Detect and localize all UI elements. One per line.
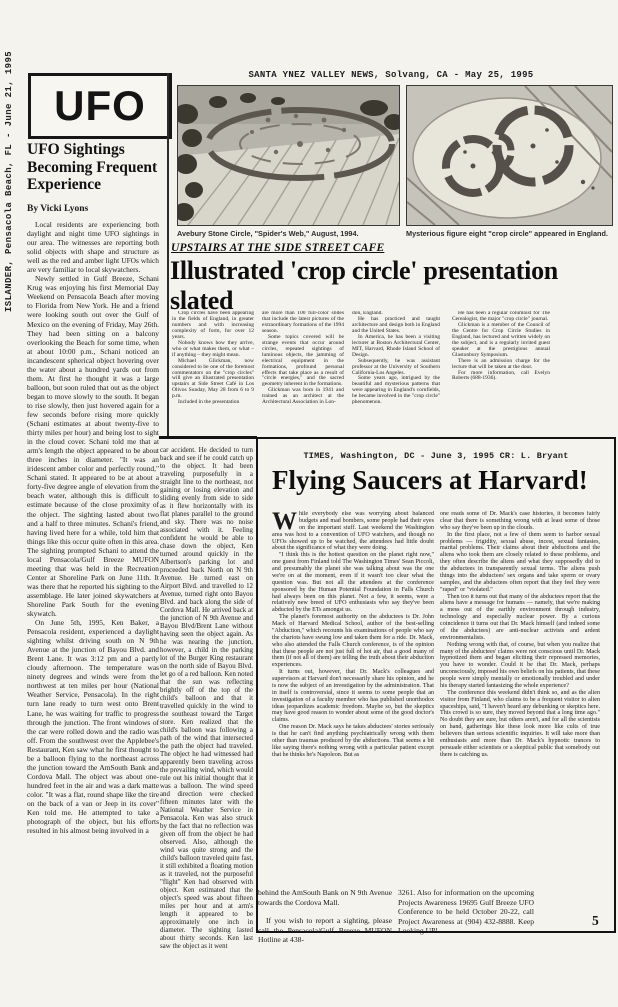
paragraph: Included in the presentation: [172, 400, 254, 406]
ufo-logo-text: UFO: [54, 82, 146, 130]
ufo-article-headline: UFO Sightings Becoming Frequent Experien…: [27, 141, 167, 194]
paragraph: Crop circles have been appearing in the …: [172, 311, 254, 341]
paragraph: Nobody knows how they arrive, who or wha…: [172, 341, 254, 359]
ufo-article-byline: By Vicki Lyons: [27, 204, 157, 214]
paragraph: One reason Dr. Mack says he takes abduct…: [272, 724, 434, 758]
section-rule: [159, 436, 257, 439]
crop-article-headline: Illustrated 'crop circle' presentation s…: [170, 256, 616, 316]
paragraph: Local residents are experiencing both da…: [27, 220, 159, 274]
newspaper-page: ISLANDER, Pensacola Beach, FL - June 21,…: [0, 0, 618, 1007]
crop-article-kicker: UPSTAIRS AT THE SIDE STREET CAFE: [171, 242, 384, 254]
page-number: 5: [592, 913, 599, 929]
crop-article-col3: don, England.He has practiced and taught…: [352, 311, 440, 439]
column-divider-rule: [167, 73, 169, 437]
harvard-article-box: TIMES, Washington, DC - June 3, 1995 CR:…: [256, 437, 616, 933]
paragraph: "I think this is the hottest question on…: [272, 552, 434, 614]
ufo-article-col1: Local residents are experiencing both da…: [27, 220, 159, 962]
paragraph: one reads some of Dr. Mack's case histor…: [440, 511, 600, 532]
ufo-logo-box: UFO: [28, 73, 172, 139]
paragraph: If you wish to report a sighting, please…: [258, 916, 392, 945]
harvard-article-source: TIMES, Washington, DC - June 3, 1995 CR:…: [258, 451, 614, 461]
paragraph: On June 5th, 1995, Ken Baker, a Pensacol…: [27, 618, 159, 835]
harvard-article-headline: Flying Saucers at Harvard!: [272, 465, 602, 496]
paragraph: Nothing wrong with that, of course, but …: [440, 642, 600, 690]
paragraph: Then too it turns out that many of the a…: [440, 594, 600, 642]
paragraph: Glickman was born in 1941 and trained as…: [262, 388, 344, 406]
paragraph: While everybody else was worrying about …: [272, 511, 434, 552]
avebury-photo-art: [178, 86, 399, 225]
paragraph: There is an admission charge for the lec…: [452, 359, 550, 371]
figure-eight-photo-art: [407, 86, 612, 225]
paragraph: Subsequently, he was assistant professor…: [352, 359, 440, 377]
crop-article-col2: are more than 100 full-color slides that…: [262, 311, 344, 439]
paragraph: Newly settled in Gulf Breeze, Schani Kru…: [27, 274, 159, 618]
paragraph: Michael Glickman, now considered to be o…: [172, 359, 254, 401]
paragraph: are more than 100 full-color slides that…: [262, 311, 344, 335]
avebury-caption: Avebury Stone Circle, "Spider's Web," Au…: [177, 229, 398, 238]
harvard-article-col1: While everybody else was worrying about …: [272, 511, 434, 889]
paragraph: Some topics covered will be strange even…: [262, 335, 344, 389]
paragraph: behind the AmSouth Bank on N 9th Avenue …: [258, 888, 392, 907]
paragraph: He has practiced and taught architecture…: [352, 317, 440, 335]
avebury-photo: [177, 85, 400, 226]
ufo-article-continuation-b: 3261. Also for information on the upcomi…: [398, 888, 534, 1003]
figure-eight-photo: [406, 85, 613, 226]
ufo-article-col2: car accident. He decided to turn back an…: [160, 447, 253, 971]
paragraph: The planet's foremost authority on the a…: [272, 614, 434, 669]
ufo-article-continuation-a: behind the AmSouth Bank on N 9th Avenue …: [258, 888, 392, 1003]
paragraph: It turns out, however, that Dr. Mack's c…: [272, 669, 434, 724]
paragraph: In America, he has been a visiting lectu…: [352, 335, 440, 359]
paragraph: Some years ago, intrigued by the beautif…: [352, 376, 440, 406]
vertical-masthead: ISLANDER, Pensacola Beach, FL - June 21,…: [4, 51, 14, 312]
paragraph: The conference this weekend didn't think…: [440, 690, 600, 759]
crop-article-col1: Crop circles have been appearing in the …: [172, 311, 254, 439]
paragraph: For more information, call Evelyn Robert…: [452, 371, 550, 383]
paragraph: car accident. He decided to turn back an…: [160, 447, 253, 951]
crop-article-col4: He has been a regular columnist for The …: [452, 311, 550, 439]
paragraph: Glickman is a member of the Council of t…: [452, 323, 550, 359]
paragraph: 3261. Also for information on the upcomi…: [398, 888, 534, 936]
harvard-article-col2: one reads some of Dr. Mack's case histor…: [440, 511, 600, 889]
figure-eight-caption: Mysterious figure eight "crop circle" ap…: [406, 229, 611, 238]
source-header: SANTA YNEZ VALLEY NEWS, Solvang, CA - Ma…: [170, 70, 612, 80]
paragraph: In the first place, not a few of them se…: [440, 532, 600, 594]
